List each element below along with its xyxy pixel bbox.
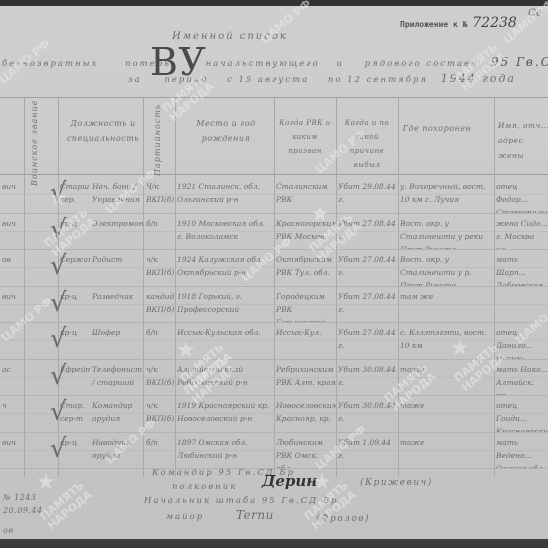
header-relatives: Имя, отч... адрес жены: [498, 118, 548, 163]
left-note-1: № 1243: [3, 493, 36, 502]
cell-draft: Новоселовским Краснояр. кр.: [276, 399, 336, 432]
cell-name-tail: вич: [2, 217, 24, 250]
cell-burial: там же: [400, 290, 494, 323]
header-burial: Где похоронен: [402, 121, 472, 136]
watermark-star-icon: ★: [36, 470, 56, 495]
cell-name-tail: ас: [2, 363, 24, 396]
cell-party: Ч/к ВКП(б): [146, 180, 174, 213]
cell-party: б/п: [146, 436, 174, 469]
cell-party: кандид. ВКП(б): [146, 290, 174, 323]
cell-relatives: мать Шарп... Добровская... с-з у 2-й...: [496, 253, 548, 286]
header-rank: Воинское звание: [30, 126, 39, 186]
cell-burial: тоже: [400, 399, 494, 432]
cell-party: б/п: [146, 326, 174, 359]
scan-bottom-border: [0, 539, 548, 548]
cell-name-tail: ов: [2, 253, 24, 286]
commander-rank: полковник: [172, 482, 237, 492]
row-rule: [0, 395, 548, 396]
commander-name: (Крижевич): [360, 478, 433, 488]
cell-relatives: отец Федор... Ставропольская... Еланговс…: [496, 180, 548, 213]
cell-cause: Убит 27.08.44 г.: [338, 326, 396, 359]
cell-relatives: мать Нико... Алтайск. кр... Шумановский.…: [496, 363, 548, 396]
chief-of-staff-signature: Ternu: [236, 508, 274, 522]
cell-party: ч/к ВКП(б): [146, 253, 174, 286]
cell-name-tail: вич: [2, 180, 24, 213]
checkmark-icon: √: [50, 436, 67, 462]
chief-of-staff-title: Начальник штаба 95 Гв.СД Бр: [144, 496, 338, 506]
cell-burial: Вост. окр. у Сталинешти у р. Прут Рунита: [400, 253, 494, 286]
checkmark-icon: √: [50, 326, 67, 352]
watermark-star-icon: ★: [310, 202, 330, 227]
checkmark-icon: √: [50, 399, 67, 425]
cell-burial: тоже: [400, 436, 494, 469]
cell-name-tail: ч: [2, 399, 24, 432]
checkmark-icon: √: [50, 363, 67, 389]
cell-relatives: мать Ведено... Омская обл. у. М...: [496, 436, 548, 469]
column-divider: [24, 97, 25, 477]
header-party: Партийность: [153, 106, 162, 176]
cell-relatives: жена Сидо... г. Москва ул...: [496, 217, 548, 250]
column-divider: [494, 97, 495, 477]
cell-position: Командир орудия: [92, 399, 144, 432]
cell-party: ч/к ВКП(б): [146, 363, 174, 396]
cell-position: Радист: [92, 253, 144, 286]
header-draft-office: Когда РВК и каким призван: [275, 116, 335, 158]
cell-position: Шофер: [92, 326, 144, 359]
header-position: Должность и специальность: [64, 116, 142, 146]
cell-burial: Вост. окр. у Сталинешти у реки Прут Руни…: [400, 217, 494, 250]
column-divider: [398, 97, 399, 477]
cell-birth: 1918 Горький, г. Профессорский: [177, 290, 273, 323]
cell-position: Разведчик: [92, 290, 144, 323]
watermark-star-icon: ★: [48, 186, 68, 211]
cell-draft: Городецким РВК Горьковской обл.: [276, 290, 336, 323]
document-sheet: Приложение к № 72238 Се Именной список б…: [0, 6, 548, 540]
cell-draft: Ребрихинским РВК Алт. края: [276, 363, 336, 396]
cell-birth: 1921 Сталинск. обл. Ольгинский р-н: [177, 180, 273, 213]
cell-draft: Иссык-Кул.: [276, 326, 336, 359]
cell-birth: 1910 Московская обл. г. Волоколамск: [177, 217, 273, 250]
attachment-stamp: Приложение к № 72238: [400, 15, 517, 31]
cell-relatives: отец Гоиди... Красноярский... р-н Гарев.…: [496, 399, 548, 432]
chief-of-staff-rank: майор: [166, 512, 204, 522]
cell-burial: у. Вихоречный, вост. 10 км с. Лучия: [400, 180, 494, 213]
left-note-3: ов: [3, 526, 13, 535]
stamp-label: Приложение к №: [400, 20, 467, 29]
row-rule: [0, 286, 548, 287]
cell-cause: Убит 27.08.44 г.: [338, 253, 396, 286]
cell-cause: Убит 29.08.44 г.: [338, 180, 396, 213]
cell-name-tail: вич: [2, 436, 24, 469]
watermark-star-icon: ★: [176, 338, 196, 363]
cell-cause: Убит 27.08.44 г.: [338, 290, 396, 323]
watermark-star-icon: ★: [450, 336, 470, 361]
commander-signature: Дерин: [262, 472, 317, 490]
cell-party: б/п: [146, 217, 174, 250]
cell-position: Телефонист / старший: [92, 363, 144, 396]
column-divider: [175, 97, 176, 477]
row-rule: [0, 432, 548, 433]
row-rule: [0, 322, 548, 323]
header-birthplace: Место и год рождения: [184, 116, 268, 146]
cell-birth: 1897 Омская обл. Любинский р-н: [177, 436, 273, 469]
